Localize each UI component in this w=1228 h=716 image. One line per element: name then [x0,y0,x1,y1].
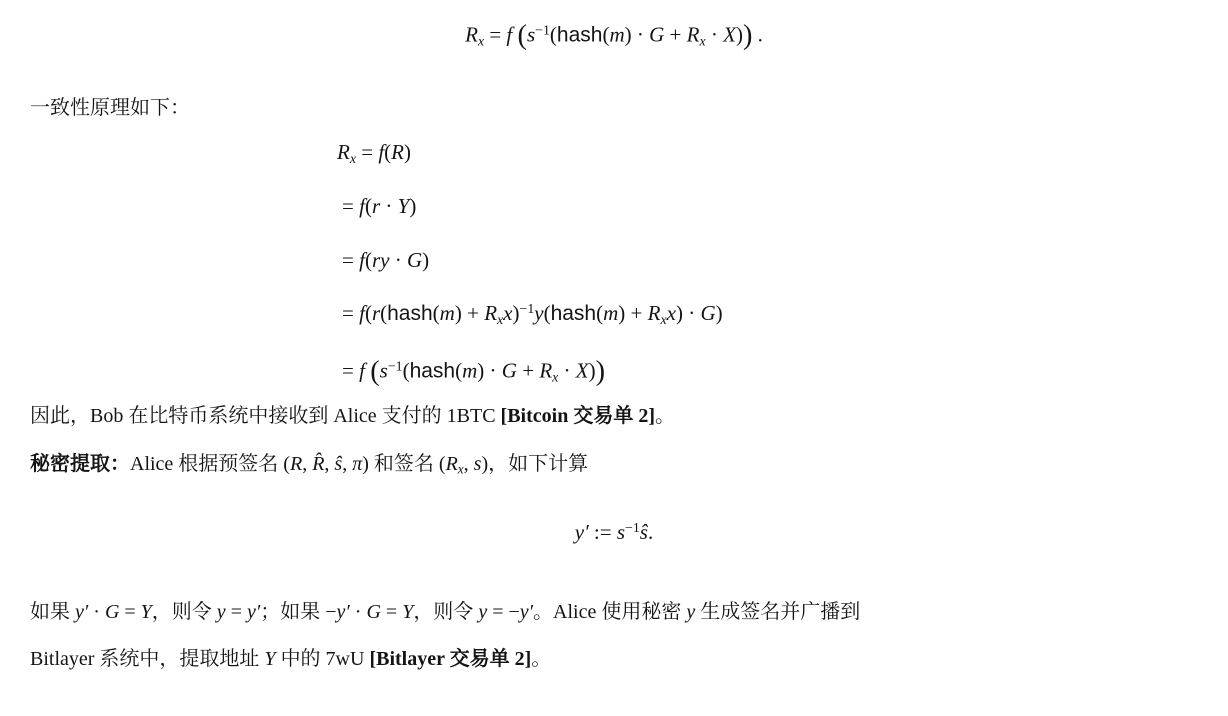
text-segment: ( [544,301,551,325]
derivation-line-4: = f(r(hash(m) + Rxx)−1y(hash(m) + Rxx) ·… [342,299,723,328]
text-segment: m [462,358,477,382]
text-segment: X [576,358,589,382]
text-segment: y [478,601,487,623]
paragraph-extract-line-2: Bitlayer 系统中，提取地址 Y 中的 7wU [Bitlayer 交易单… [30,645,551,673]
text-segment: R [337,140,350,164]
derivation-line-1: Rx = f(R) [337,138,411,166]
text-segment: y′ [520,601,533,623]
text-segment: r [372,194,380,218]
derivation-line-2: = f(r · Y) [342,192,416,220]
text-segment: m [440,301,455,325]
text-segment: Y [398,194,410,218]
derivation-line-3: = f(ry · G) [342,246,429,274]
text-segment: −1 [388,358,403,373]
equation-y-prime: y′ := s−1ŝ. [0,518,1228,546]
text-segment: ry [372,248,390,272]
text-segment: · [380,194,398,218]
text-segment: −1 [625,520,640,535]
text-segment: 因此，Bob 在比特币系统中接收到 Alice 支付的 1BTC [30,405,501,427]
text-segment: , [342,453,352,475]
text-segment: s [380,358,388,382]
text-segment: s [527,22,535,46]
text-segment: + [664,22,686,46]
equation-verification-top: Rx = f (s−1(hash(m) · G + Rx · X)) . [0,17,1228,55]
text-segment: y [686,601,695,623]
text-segment: )，如下计算 [481,453,588,475]
text-segment: R [446,453,458,475]
text-segment: x [503,301,512,325]
text-segment: := [589,520,617,544]
text-segment: G [407,248,422,272]
text-segment: R [687,22,700,46]
text-segment: Y [264,648,275,670]
text-segment: ) [736,22,743,46]
text-segment: Y [141,601,152,623]
text-segment: π [352,453,362,475]
text-segment: r [372,301,380,325]
text-segment: G [105,601,119,623]
text-segment: + [517,358,539,382]
text-segment: ( [365,194,372,218]
math-hash-operator: hash [410,359,456,382]
text-segment: = [226,601,247,623]
text-segment: x [667,301,676,325]
text-segment: = [342,301,359,325]
text-segment: y′ [337,601,350,623]
text-segment: ) [404,140,411,164]
text-segment: ( [550,22,557,46]
text-segment: R [391,140,404,164]
text-segment: 秘密提取： [30,453,130,475]
text-segment: ) · [477,358,502,382]
text-segment: ( [518,20,527,51]
text-segment: ( [365,248,372,272]
text-segment: y′ [575,520,589,544]
text-segment: ) [743,20,752,51]
text-segment: 。 [531,648,551,670]
text-segment: m [609,22,624,46]
text-segment: · [706,22,724,46]
text-segment: Bitlayer 系统中，提取地址 [30,648,264,670]
paragraph-extract-line-1: 如果 y′ · G = Y，则令 y = y′；如果 −y′ · G = Y，则… [30,598,860,626]
text-segment: s [617,520,625,544]
text-segment: m [603,301,618,325]
text-segment: 中的 7wU [276,648,370,670]
text-segment: R [648,301,661,325]
math-hash-operator: hash [387,302,433,325]
paragraph-secret-extraction: 秘密提取：Alice 根据预签名 (R, R̂, ŝ, π) 和签名 (Rx,… [30,450,588,478]
text-segment: ( [365,301,372,325]
text-segment: ( [403,358,410,382]
text-segment: y [534,301,543,325]
text-segment: ) [716,301,723,325]
text-segment: , [324,453,334,475]
math-hash-operator: hash [557,23,603,46]
text-segment: · [389,248,407,272]
text-segment: , [302,453,312,475]
text-segment: , [464,453,474,475]
text-segment: [Bitcoin 交易单 2] [501,405,655,427]
text-segment: ) [596,356,605,387]
text-segment: ；如果 − [260,601,336,623]
text-segment: X [723,22,736,46]
text-segment: −1 [520,301,535,316]
text-segment: ( [370,356,379,387]
text-segment: G [700,301,715,325]
text-segment: ) + [455,301,484,325]
math-hash-operator: hash [551,302,597,325]
text-segment: = [381,601,402,623]
text-segment: = [342,358,359,382]
paragraph-bob-payment: 因此，Bob 在比特币系统中接收到 Alice 支付的 1BTC [Bitcoi… [30,402,675,430]
text-segment: y′ [75,601,88,623]
text-segment: G [502,358,517,382]
text-segment: R [484,301,497,325]
text-segment: ) [513,301,520,325]
text-segment: . [752,22,763,46]
text-segment: R̂ [312,453,324,475]
text-segment: = − [487,601,520,623]
text-segment: Y [402,601,413,623]
text-segment: ) [589,358,596,382]
text-segment: ) + [618,301,647,325]
text-segment: 。 [655,405,675,427]
text-segment: · [88,601,105,623]
text-segment: . [648,520,653,544]
text-segment: ) [409,194,416,218]
text-segment: ŝ [640,520,648,544]
derivation-line-5: = f (s−1(hash(m) · G + Rx · X)) [342,353,605,391]
text-segment: Alice 根据预签名 ( [130,453,290,475]
text-segment: 生成签名并广播到 [695,601,860,623]
text-segment: · [350,601,367,623]
text-segment: −1 [535,22,550,37]
text-segment: · [558,358,576,382]
text-segment: ) · [676,301,701,325]
text-segment: ，则令 [152,601,217,623]
paper-page: Rx = f (s−1(hash(m) · G + Rx · X)) . 一致性… [0,0,1228,716]
text-segment: ，则令 [413,601,478,623]
text-segment: ) · [625,22,650,46]
text-segment: y [217,601,226,623]
paragraph-consistency-heading: 一致性原理如下： [30,94,190,122]
text-segment: ) 和签名 ( [362,453,445,475]
text-segment: = [342,194,359,218]
text-segment: = [342,248,359,272]
text-segment: G [366,601,380,623]
text-segment: G [649,22,664,46]
text-segment: R [290,453,302,475]
text-segment: 如果 [30,601,75,623]
text-segment: = [484,22,506,46]
text-segment: ( [433,301,440,325]
text-segment: = [356,140,378,164]
text-segment: y′ [247,601,260,623]
text-segment: [Bitlayer 交易单 2] [369,648,531,670]
text-segment: ) [422,248,429,272]
text-segment: = [119,601,140,623]
text-segment: 。Alice 使用秘密 [533,601,686,623]
text-segment: R [539,358,552,382]
text-segment: R [465,22,478,46]
